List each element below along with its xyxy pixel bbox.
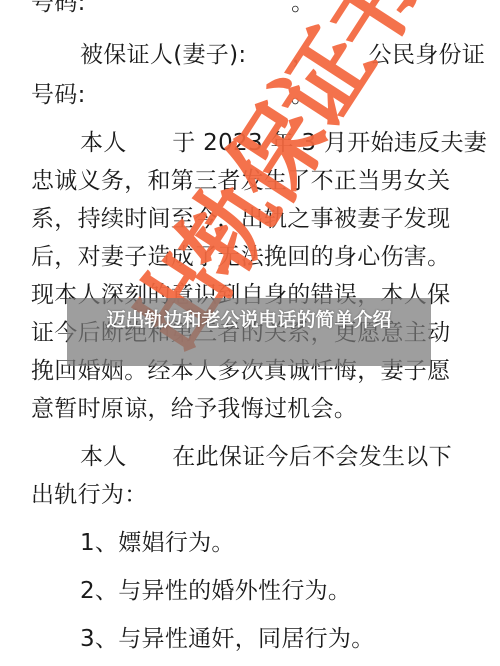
doc-line-14: 2、与异性的婚外性行为。 <box>80 576 351 606</box>
doc-line-13: 1、嫖娼行为。 <box>80 528 235 558</box>
doc-line-11: 本人 在此保证今后不会发生以下 <box>80 442 452 472</box>
doc-line-10: 意暂时原谅，给予我悔过机会。 <box>31 394 357 424</box>
document-page: 号码: 。 被保证人(妻子): ， 公民身份证 号码: 。 本人 于 2023 … <box>0 0 500 666</box>
doc-line-0: 号码: 。 <box>31 0 314 18</box>
doc-line-15: 3、与异性通奸，同居行为。 <box>80 624 375 654</box>
doc-line-12: 出轨行为： <box>31 480 148 510</box>
title-caption-overlay: 迈出轨边和老公说电话的简单介绍 <box>67 298 431 366</box>
